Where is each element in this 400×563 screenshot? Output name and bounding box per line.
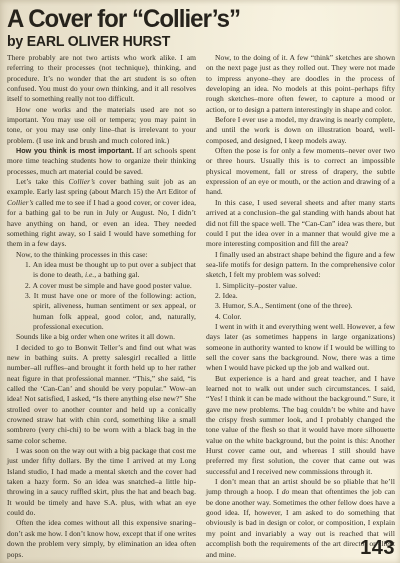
list-item: 4. Color.	[206, 312, 395, 322]
list-item: 1. Simplicity–poster value.	[206, 281, 395, 291]
paragraph: Sounds like a big order when one writes …	[7, 332, 196, 342]
list-item: 1. An idea must be thought up to put ove…	[7, 260, 196, 281]
paragraph: There probably are not two artists who w…	[7, 53, 196, 105]
list-item: 3. Humor, S.A., Sentiment (one of the th…	[206, 301, 395, 311]
paragraph: Often the idea comes without all this ex…	[7, 518, 196, 559]
article-body: There probably are not two artists who w…	[7, 53, 395, 560]
paragraph: Let’s take this Collier’s cover bathing …	[7, 177, 196, 249]
paragraph: How one works and the materials used are…	[7, 105, 196, 146]
paragraph: Now, to the thinking processes in this c…	[7, 250, 196, 260]
article-title: A Cover for “Collier’s”	[7, 5, 240, 34]
paragraph: Before I ever use a model, my drawing is…	[206, 115, 395, 146]
list-item: 2. A cover must be simple and have good …	[7, 281, 196, 291]
right-column: Now, to the doing of it. A few “think” s…	[206, 53, 395, 560]
paragraph: How you think is most important. If art …	[7, 146, 196, 177]
paragraph: In this case, I used several sheets and …	[206, 198, 395, 250]
magazine-page: A Cover for “Collier’s” by EARL OLIVER H…	[0, 0, 400, 563]
paragraph: I was soon on the way out with a big pac…	[7, 446, 196, 518]
article-byline: by EARL OLIVER HURST	[7, 34, 170, 50]
left-column: There probably are not two artists who w…	[7, 53, 196, 560]
paragraph: Often the pose is for only a few moments…	[206, 146, 395, 198]
list-item: 2. Idea.	[206, 291, 395, 301]
bold-lead: How you think is most important.	[16, 146, 134, 155]
paragraph: I went in with it and everything went we…	[206, 322, 395, 374]
page-number: 143	[360, 537, 395, 560]
paragraph: I finally used an abstract shape behind …	[206, 250, 395, 281]
paragraph: I decided to go to Bonwit Teller’s and f…	[7, 343, 196, 446]
list-item: 3. It must have one or more of the follo…	[7, 291, 196, 332]
paragraph: But experience is a hard and great teach…	[206, 374, 395, 477]
paragraph: Now, to the doing of it. A few “think” s…	[206, 53, 395, 115]
